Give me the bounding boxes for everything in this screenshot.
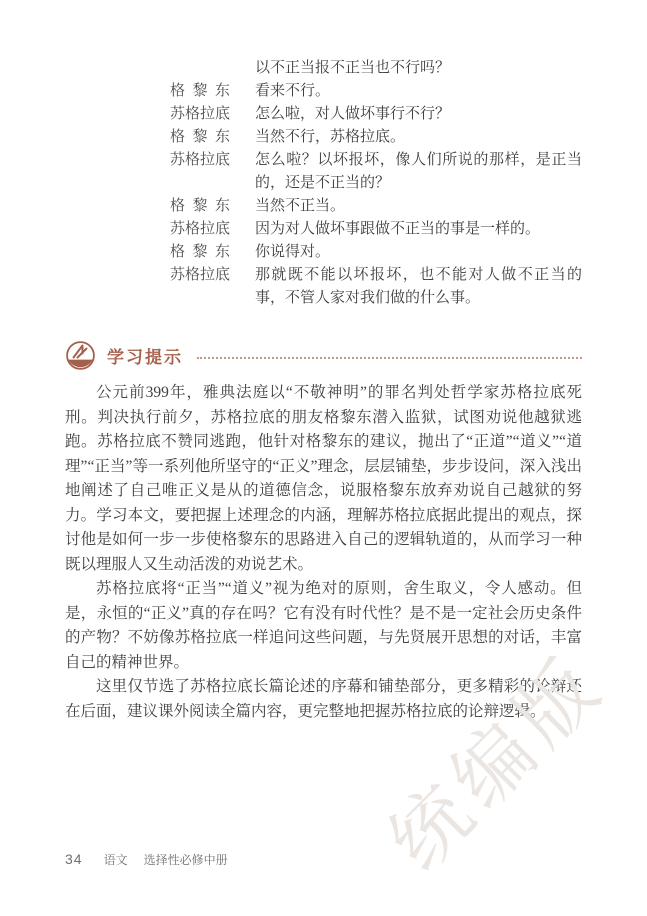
dialogue-text: 以不正当报不正当也不行吗？: [255, 57, 582, 80]
dialogue-turn: 格黎东 当然不行，苏格拉底。: [65, 126, 582, 149]
dialogue-text: 看来不行。: [255, 80, 582, 103]
footer-volume: 选择性必修中册: [144, 851, 228, 868]
textbook-page: 以不正当报不正当也不行吗？ 格黎东 看来不行。 苏格拉底 怎么啦，对人做坏事行不…: [0, 0, 647, 916]
study-tips-header: 学习提示: [65, 340, 582, 371]
dialogue-text: 那就既不能以坏报坏，也不能对人做不正当的事，不管人家对我们做的什么事。: [255, 264, 582, 310]
speaker-name: 苏格拉底: [170, 149, 230, 172]
dialogue-turn: 格黎东 你说得对。: [65, 241, 582, 264]
dialogue-turn: 苏格拉底 那就既不能以坏报坏，也不能对人做不正当的事，不管人家对我们做的什么事。: [65, 264, 582, 310]
speaker-name: 格黎东: [170, 241, 230, 264]
speaker-name: 苏格拉底: [170, 218, 230, 241]
dialogue-turn: 苏格拉底 怎么啦？以坏报坏，像人们所说的那样，是正当的，还是不正当的？: [65, 149, 582, 195]
speaker-name: 格黎东: [170, 80, 230, 103]
dialogue-text: 怎么啦？以坏报坏，像人们所说的那样，是正当的，还是不正当的？: [255, 149, 582, 195]
speaker-name: 格黎东: [170, 126, 230, 149]
dialogue-text: 当然不行，苏格拉底。: [255, 126, 582, 149]
dialogue-turn: 苏格拉底 怎么啦，对人做坏事行不行？: [65, 103, 582, 126]
dialogue-turn: 以不正当报不正当也不行吗？: [65, 57, 582, 80]
dialogue-turn: 格黎东 看来不行。: [65, 80, 582, 103]
speaker-name: 苏格拉底: [170, 264, 230, 287]
dotted-divider: [197, 357, 582, 359]
study-tips-body: 公元前399年，雅典法庭以“不敬神明”的罪名判处哲学家苏格拉底死刑。判决执行前夕…: [65, 381, 582, 724]
dialogue-turn: 苏格拉底 因为对人做坏事跟做不正当的事是一样的。: [65, 218, 582, 241]
speaker-name: 苏格拉底: [170, 103, 230, 126]
page-number: 34: [65, 851, 83, 867]
study-tips-logo-icon: [65, 340, 96, 371]
dialogue-turn: 格黎东 当然不正当。: [65, 195, 582, 218]
study-tips-paragraph-3: 这里仅节选了苏格拉底长篇论述的序幕和铺垫部分，更多精彩的论辩还在后面，建议课外阅…: [65, 675, 582, 724]
study-tips-paragraph-2: 苏格拉底将“正当”“道义”视为绝对的原则，舍生取义，令人感动。但是，永恒的“正义…: [65, 577, 582, 675]
footer-subject: 语文: [104, 851, 128, 868]
study-tips-paragraph-1: 公元前399年，雅典法庭以“不敬神明”的罪名判处哲学家苏格拉底死刑。判决执行前夕…: [65, 381, 582, 577]
dialogue-text: 因为对人做坏事跟做不正当的事是一样的。: [255, 218, 582, 241]
dialogue-text: 你说得对。: [255, 241, 582, 264]
study-tips-title: 学习提示: [107, 343, 183, 368]
speaker-name: 格黎东: [170, 195, 230, 218]
dialogue-section: 以不正当报不正当也不行吗？ 格黎东 看来不行。 苏格拉底 怎么啦，对人做坏事行不…: [65, 57, 582, 310]
page-footer: 34 语文 选择性必修中册: [65, 851, 228, 868]
dialogue-text: 怎么啦，对人做坏事行不行？: [255, 103, 582, 126]
dialogue-text: 当然不正当。: [255, 195, 582, 218]
